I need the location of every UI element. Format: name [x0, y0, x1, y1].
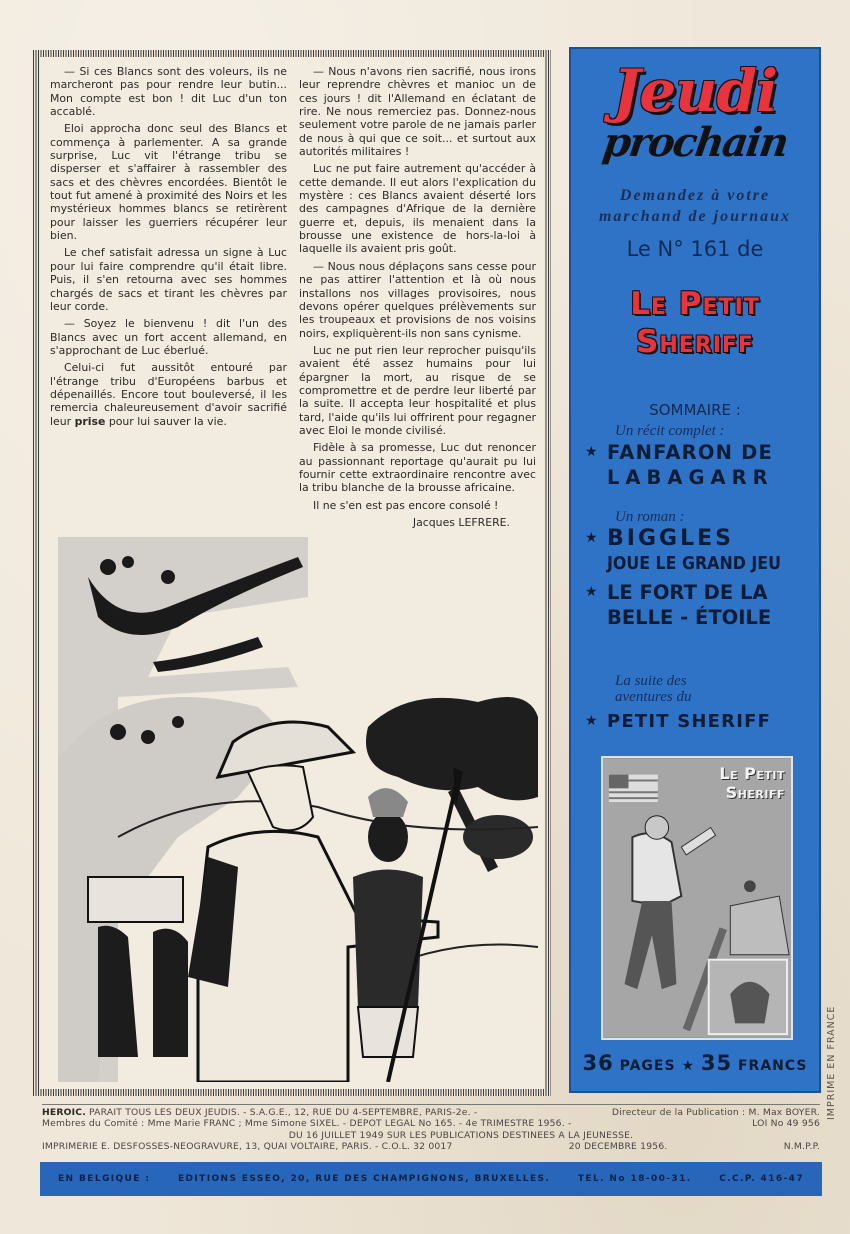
- legal-line-4: IMPRIMERIE E. DESFOSSES-NEOGRAVURE, 13, …: [42, 1141, 820, 1152]
- section-label: Un récit complet :: [585, 423, 809, 440]
- author-signature: Jacques LEFRERE.: [299, 516, 536, 529]
- us-flag-icon: [609, 775, 658, 802]
- page-count: 36: [583, 1051, 614, 1075]
- cover-title-line: Sheriff: [719, 783, 785, 802]
- ask-newsagent-text: Demandez à votre marchand de journaux: [571, 185, 819, 227]
- legal-line-3: DU 16 JUILLET 1949 SUR LES PUBLICATIONS …: [42, 1130, 820, 1141]
- paragraph: — Nous nous déplaçons sans cesse pour ne…: [299, 260, 536, 340]
- issue-number: Le N° 161 de: [571, 237, 819, 261]
- belgium-postal-account: C.C.P. 416-47: [719, 1174, 804, 1184]
- legal-text: Membres du Comité : Mme Marie FRANC ; Mm…: [42, 1118, 571, 1129]
- star-icon: ★: [681, 1058, 695, 1074]
- star-icon: ★: [585, 580, 599, 605]
- legal-text: PARAIT TOUS LES DEUX JEUDIS. - S.A.G.E.,…: [89, 1107, 477, 1118]
- publication-date: 20 DECEMBRE 1956.: [569, 1141, 668, 1152]
- ask-line-2: marchand de journaux: [571, 206, 819, 227]
- entry-title-line: LABAGARR: [607, 465, 774, 490]
- paragraph: Le chef satisfait adressa un signe à Luc…: [50, 246, 287, 313]
- section-label: La suite des: [585, 673, 809, 689]
- next-issue-promo-panel: Jeudi prochain Demandez à votre marchand…: [569, 47, 821, 1093]
- paragraph: Fidèle à sa promesse, Luc dut renoncer a…: [299, 441, 536, 494]
- entry-title-line: JOUE LE GRAND JEU: [607, 551, 781, 576]
- pages-and-price: 36 PAGES ★ 35 FRANCS: [571, 1051, 819, 1075]
- legal-text: DU 16 JUILLET 1949 SUR LES PUBLICATIONS …: [289, 1130, 634, 1141]
- page-count-label: PAGES: [620, 1058, 676, 1074]
- entry-title-line: BELLE - ÉTOILE: [607, 605, 771, 630]
- contents-heading: SOMMAIRE :: [571, 401, 819, 419]
- contents-entry: ★ PETIT SHERIFF: [585, 709, 809, 734]
- entry-title-line: BIGGLES: [607, 526, 805, 551]
- legal-text: Directeur de la Publication : M. Max BOY…: [612, 1107, 820, 1118]
- section-label: Un roman :: [585, 509, 809, 526]
- title-line-1: Le Petit: [571, 285, 819, 323]
- paragraph: Celui-ci fut aussitôt entouré par l'étra…: [50, 361, 287, 428]
- paragraph: Luc ne put faire autrement qu'accéder à …: [299, 162, 536, 255]
- story-article-frame: — Si ces Blancs sont des voleurs, ils ne…: [33, 50, 551, 1096]
- publisher-brand: HEROIC.: [42, 1107, 86, 1118]
- legal-line-1: HEROIC. PARAIT TOUS LES DEUX JEUDIS. - S…: [42, 1107, 820, 1118]
- cover-title-line: Le Petit: [719, 764, 785, 783]
- paragraph: — Soyez le bienvenu ! dit l'un des Blanc…: [50, 317, 287, 357]
- paragraph: — Si ces Blancs sont des voleurs, ils ne…: [50, 65, 287, 118]
- contents-entry: ★ LE FORT DE LA BELLE - ÉTOILE: [585, 580, 809, 630]
- price-currency: FRANCS: [738, 1058, 808, 1074]
- entry-title-line: PETIT SHERIFF: [607, 709, 771, 734]
- printed-in-france-notice: IMPRIME EN FRANCE: [826, 1006, 837, 1120]
- belgium-phone: TEL. No 18-00-31.: [578, 1174, 692, 1184]
- legal-text: N.M.P.P.: [784, 1141, 820, 1152]
- ask-line-1: Demandez à votre: [571, 185, 819, 206]
- paragraph: Luc ne put rien leur reprocher puisqu'il…: [299, 344, 536, 437]
- promo-headline: Jeudi: [571, 57, 819, 125]
- belgium-distributor-bar: EN BELGIQUE : EDITIONS ESSEO, 20, RUE DE…: [40, 1162, 822, 1196]
- cover-title: Le Petit Sheriff: [719, 764, 785, 802]
- legal-text: LOI No 49 956: [752, 1118, 820, 1129]
- explorer-scene-illustration: [58, 537, 548, 1082]
- entry-title-line: FANFARON DE: [607, 440, 774, 465]
- section-label: aventures du: [585, 689, 809, 705]
- entry-title-line: LE FORT DE LA: [607, 580, 771, 605]
- paragraph: — Nous n'avons rien sacrifié, nous irons…: [299, 65, 536, 158]
- magazine-cover-thumbnail: Le Petit Sheriff: [601, 756, 793, 1040]
- paragraph-text: pour lui sauver la vie.: [105, 415, 226, 428]
- legal-text: IMPRIMERIE E. DESFOSSES-NEOGRAVURE, 13, …: [42, 1141, 453, 1152]
- price-value: 35: [701, 1051, 732, 1075]
- paragraph: Il ne s'en est pas encore consolé !: [299, 499, 536, 512]
- magazine-title: Le Petit Sheriff: [571, 285, 819, 361]
- paragraph: Eloi approcha donc seul des Blancs et co…: [50, 122, 287, 242]
- legal-line-2: Membres du Comité : Mme Marie FRANC ; Mm…: [42, 1118, 820, 1129]
- star-icon: ★: [585, 709, 599, 734]
- bold-word: prise: [75, 415, 106, 428]
- belgium-label: EN BELGIQUE :: [58, 1174, 150, 1184]
- legal-text: HEROIC. PARAIT TOUS LES DEUX JEUDIS. - S…: [42, 1107, 477, 1118]
- contents-section-novel: Un roman : ★ BIGGLES JOUE LE GRAND JEU ★…: [585, 509, 809, 630]
- contents-entry: ★ FANFARON DE LABAGARR: [585, 440, 809, 490]
- title-line-2: Sheriff: [571, 323, 819, 361]
- contents-section-complete-story: Un récit complet : ★ FANFARON DE LABAGAR…: [585, 423, 809, 490]
- belgium-address: EDITIONS ESSEO, 20, RUE DES CHAMPIGNONS,…: [178, 1174, 550, 1184]
- contents-section-sequel: La suite des aventures du ★ PETIT SHERIF…: [585, 673, 809, 734]
- contents-entry: ★ BIGGLES JOUE LE GRAND JEU: [585, 526, 809, 576]
- story-illustration: [58, 537, 548, 1082]
- promo-subheadline: prochain: [568, 119, 823, 166]
- star-icon: ★: [585, 526, 599, 551]
- publication-legal-notice: HEROIC. PARAIT TOUS LES DEUX JEUDIS. - S…: [42, 1104, 820, 1152]
- star-icon: ★: [585, 440, 599, 465]
